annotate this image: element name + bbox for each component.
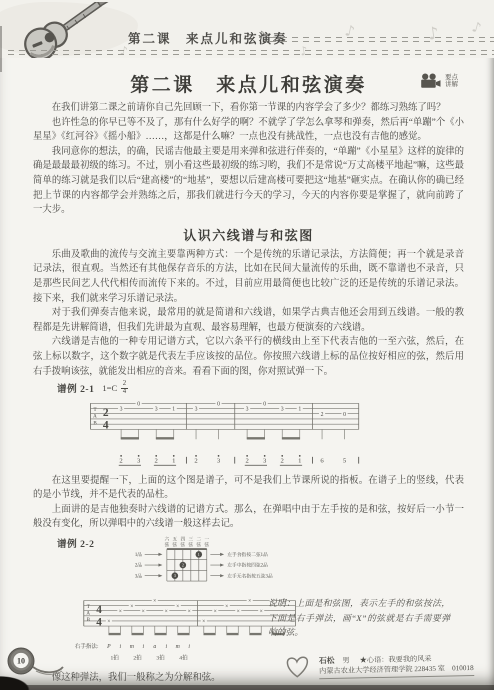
svg-text:3: 3: [155, 406, 158, 412]
svg-text:×: ×: [165, 609, 168, 615]
svg-text:2: 2: [245, 457, 248, 464]
svg-text:×: ×: [107, 619, 110, 625]
dashed-divider: [270, 37, 494, 38]
section-paragraph-3: 六线谱是吉他的一种专用记谱方式，它以六条平行的横线由上至下代表吉他的一至六弦，然…: [33, 335, 464, 379]
svg-text:2: 2: [155, 457, 158, 464]
svg-text:A: A: [86, 612, 90, 617]
svg-text:0: 0: [343, 412, 346, 418]
svg-text:4: 4: [103, 419, 109, 431]
svg-text:1: 1: [298, 406, 301, 412]
section-paragraph-1: 乐曲及歌曲的流传与交流主要靠两种方式：一个是传统的乐谱记录法，方法简便；再一个就…: [33, 248, 464, 306]
svg-text:3: 3: [137, 457, 141, 464]
svg-text:T: T: [87, 605, 90, 610]
svg-text:2: 2: [119, 457, 122, 464]
scan-edge-mark: [0, 26, 2, 72]
book-page: 第二课 来点儿和弦演奏 ♪ ♪ ♪ ♪ ♪ ♪ 第二课 来点儿和弦演奏 要点: [0, 0, 494, 690]
svg-text:0: 0: [137, 401, 140, 407]
svg-text:B: B: [93, 420, 97, 426]
intro-paragraph-3: 我同意你的想法，的确，民谣吉他最主要是用来弹和弦进行伴奏的，“单蹦”《小星星》这…: [33, 145, 464, 218]
svg-text:2品: 2品: [135, 562, 142, 569]
svg-text:0: 0: [217, 401, 220, 407]
page-title: 第二课 来点儿和弦演奏: [130, 70, 367, 97]
section-paragraph-4: 在这里要提醒一下，上面的这个图是谱子，可不是我们上节课所说的指板。在谱子上的竖线…: [33, 474, 464, 503]
badge-label: 要点 讲解: [445, 74, 458, 89]
svg-text:T: T: [93, 406, 96, 412]
music-note-icon: ♪: [258, 30, 264, 41]
svg-text:3: 3: [281, 406, 284, 412]
side-note: 说明：上面是和弦图，表示左手的和弦按法，下面是右手弹法，画“X”的弦就是右手需要…: [268, 596, 450, 640]
svg-text:弦: 弦: [165, 541, 170, 548]
svg-text:4: 4: [96, 616, 102, 628]
svg-text:弦: 弦: [181, 541, 186, 548]
dashed-divider: [270, 41, 494, 42]
section-paragraph-2: 对于我们弹奏吉他来说，最常用的就是简谱和六线谱，如果学古典吉他还会用到五线谱。一…: [33, 306, 464, 335]
svg-text:4: 4: [96, 604, 102, 616]
time-signature: 2 4: [121, 381, 127, 396]
key-points-badge: 要点 讲解: [420, 73, 458, 89]
svg-text:×: ×: [142, 609, 145, 615]
music-note-icon: ♪: [470, 19, 483, 37]
page-footer: 10 石松男★心语：我要我的风采 内蒙古农业大学经济管理学院 228435 室 …: [0, 646, 494, 678]
svg-text:3品: 3品: [135, 572, 142, 579]
svg-text:A: A: [93, 413, 97, 419]
svg-text:3: 3: [120, 406, 123, 412]
svg-text:一: 一: [205, 537, 210, 542]
scan-shadow: [0, 685, 494, 690]
svg-text:弦: 弦: [205, 541, 210, 548]
svg-text:×: ×: [214, 609, 217, 615]
reader-address-line: 内蒙古农业大学经济管理学院 228435 室 010018: [319, 663, 474, 676]
svg-text:3: 3: [217, 457, 221, 464]
key-signature: 1=C: [102, 383, 117, 393]
svg-text:1: 1: [198, 552, 200, 557]
svg-text:左手无名指按五弦3品: 左手无名指按五弦3品: [228, 572, 274, 579]
svg-text:×: ×: [248, 599, 251, 605]
intro-paragraph-1: 在我们讲第二课之前请你自己先回顾一下，看你第一节课的内容学会了多少？都练习熟练了…: [33, 101, 464, 116]
example-1-label: 谱例 2-1 1=C 2 4: [33, 381, 464, 396]
intro-paragraph-2: 也许性急的你早已等不及了，那有什么好学的啊？不就学了学怎么拿琴和弹奏，然后再“单…: [33, 116, 464, 145]
svg-text:左手食指按二弦1品: 左手食指按二弦1品: [228, 551, 269, 558]
svg-text:五: 五: [173, 537, 178, 542]
svg-text:6: 6: [320, 457, 324, 464]
svg-text:×: ×: [202, 619, 205, 625]
section-paragraph-5: 上面讲的是吉他独奏时六线谱的记谱方式。那么，在弹唱中由于左手按的是和弦，按好后一…: [33, 503, 464, 532]
page-header: 第二课 来点儿和弦演奏 ♪ ♪ ♪ ♪ ♪ ♪: [0, 0, 494, 58]
page-number: 10: [17, 657, 25, 666]
svg-text:×: ×: [176, 604, 179, 610]
svg-text:2: 2: [194, 457, 197, 464]
svg-text:弦: 弦: [189, 541, 194, 548]
svg-text:2: 2: [182, 563, 184, 568]
dashed-divider: [8, 50, 494, 51]
svg-text:3: 3: [195, 406, 198, 412]
section-heading: 认识六线谱与和弦图: [33, 225, 464, 244]
example-2-label: 谱例 2-2: [57, 536, 94, 550]
dashed-divider: [8, 54, 494, 55]
svg-text:1: 1: [172, 406, 175, 412]
svg-text:三: 三: [189, 537, 194, 542]
svg-text:5: 5: [343, 457, 347, 464]
scan-corner-shadow: [0, 674, 34, 690]
svg-text:×: ×: [237, 609, 240, 615]
svg-text:×: ×: [119, 609, 122, 615]
svg-text:1: 1: [298, 457, 301, 464]
svg-text:×: ×: [225, 604, 228, 610]
svg-text:3: 3: [174, 573, 176, 578]
svg-text:×: ×: [153, 599, 156, 605]
svg-text:0: 0: [263, 401, 266, 407]
svg-text:×: ×: [260, 609, 263, 615]
svg-text:3: 3: [246, 406, 249, 412]
svg-text:2: 2: [281, 457, 284, 464]
svg-text:左手中指按四弦2品: 左手中指按四弦2品: [228, 562, 269, 569]
svg-text:2: 2: [321, 412, 324, 418]
svg-text:弦: 弦: [197, 541, 202, 548]
svg-text:1品: 1品: [135, 551, 142, 558]
video-camera-icon: [420, 73, 441, 89]
svg-text:2: 2: [103, 407, 109, 419]
tab-staff-example-1: TAB24303123213023303123212065: [75, 397, 464, 474]
svg-text:1: 1: [172, 457, 175, 464]
title-row: 第二课 来点儿和弦演奏 要点 讲解: [33, 70, 464, 97]
reader-heart-icon: [283, 652, 314, 680]
svg-text:3: 3: [263, 457, 267, 464]
svg-text:×: ×: [188, 609, 191, 615]
svg-text:×: ×: [130, 604, 133, 610]
reader-info: 石松男★心语：我要我的风采 内蒙古农业大学经济管理学院 228435 室 010…: [283, 649, 474, 680]
svg-text:二: 二: [197, 537, 202, 542]
svg-text:弦: 弦: [173, 541, 178, 548]
chord-diagram: 六五四三二一弦弦弦弦弦弦1品2品3品123左手食指按二弦1品左手中指按四弦2品左…: [106, 534, 320, 594]
